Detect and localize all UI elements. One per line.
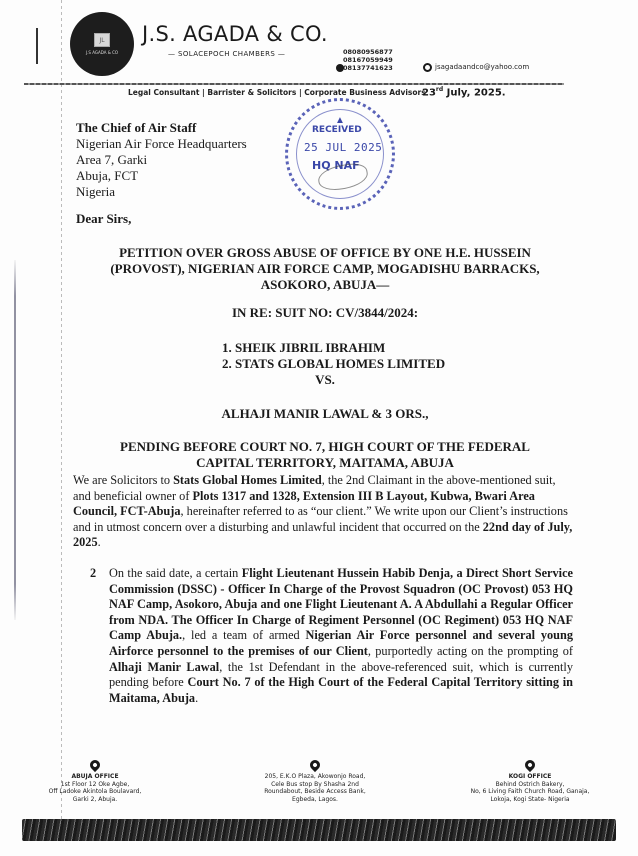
recipient-address: The Chief of Air Staff Nigerian Air Forc… [76,120,247,200]
stamp-received: RECEIVED [312,125,362,135]
suit-number: IN RE: SUIT NO: CV/3844/2024: [90,305,560,321]
logo-monogram-icon: JL [94,33,110,47]
footer-band [22,819,616,841]
phone-number: 08137741623 [343,64,393,72]
office-kogi: KOGI OFFICE Behind Ostrich Bakery, No, 6… [440,760,620,803]
claimant: 1. SHEIK JIBRIL IBRAHIM [222,340,445,356]
binding-line [61,0,62,840]
paragraph-1: We are Solicitors to Stats Global Homes … [73,473,573,551]
location-pin-icon [523,758,537,772]
stamp-date: 25 JUL 2025 [304,141,382,154]
location-pin-icon [308,758,322,772]
claimants: 1. SHEIK JIBRIL IBRAHIM 2. STATS GLOBAL … [222,340,445,372]
services-line: Legal Consultant | Barrister & Solicitor… [128,88,426,97]
paragraph-2-number: 2 [90,566,96,581]
office-lagos: 205, E.K.O Plaza, Akowonjo Road, Cele Bu… [240,760,390,803]
phone-numbers: 08080956877 08167059949 08137741623 [343,48,393,72]
received-stamp: ▲ RECEIVED 25 JUL 2025 HQ NAF [285,98,395,210]
email-address: jsagadaandco@yahoo.com [435,63,529,71]
paragraph-2: On the said date, a certain Flight Lieut… [109,566,573,706]
defendants: ALHAJI MANIR LAWAL & 3 ORS., [90,406,560,422]
firm-logo: JL J.S AGADA & CO [70,12,134,76]
phone-number: 08167059949 [343,56,393,64]
scan-shadow [14,260,16,620]
versus: VS. [90,372,560,388]
court-details: PENDING BEFORE COURT NO. 7, HIGH COURT O… [90,439,560,471]
phone-icon [336,64,344,72]
phone-number: 08080956877 [343,48,393,56]
firm-subtitle: — SOLACEPOCH CHAMBERS — [168,50,285,58]
logo-caption: J.S AGADA & CO [86,50,118,55]
firm-name: J.S. AGADA & CO. [142,22,328,46]
email-icon [423,63,432,72]
letter-date: 23rd July, 2025. [422,86,506,98]
petition-subject: PETITION OVER GROSS ABUSE OF OFFICE BY O… [90,245,560,293]
letterhead-divider [24,83,564,85]
location-pin-icon [88,758,102,772]
salutation: Dear Sirs, [76,211,131,227]
claimant: 2. STATS GLOBAL HOMES LIMITED [222,356,445,372]
office-abuja: ABUJA OFFICE 1st Floor 12 Oke Agbe, Off … [30,760,160,803]
margin-mark [36,28,38,64]
